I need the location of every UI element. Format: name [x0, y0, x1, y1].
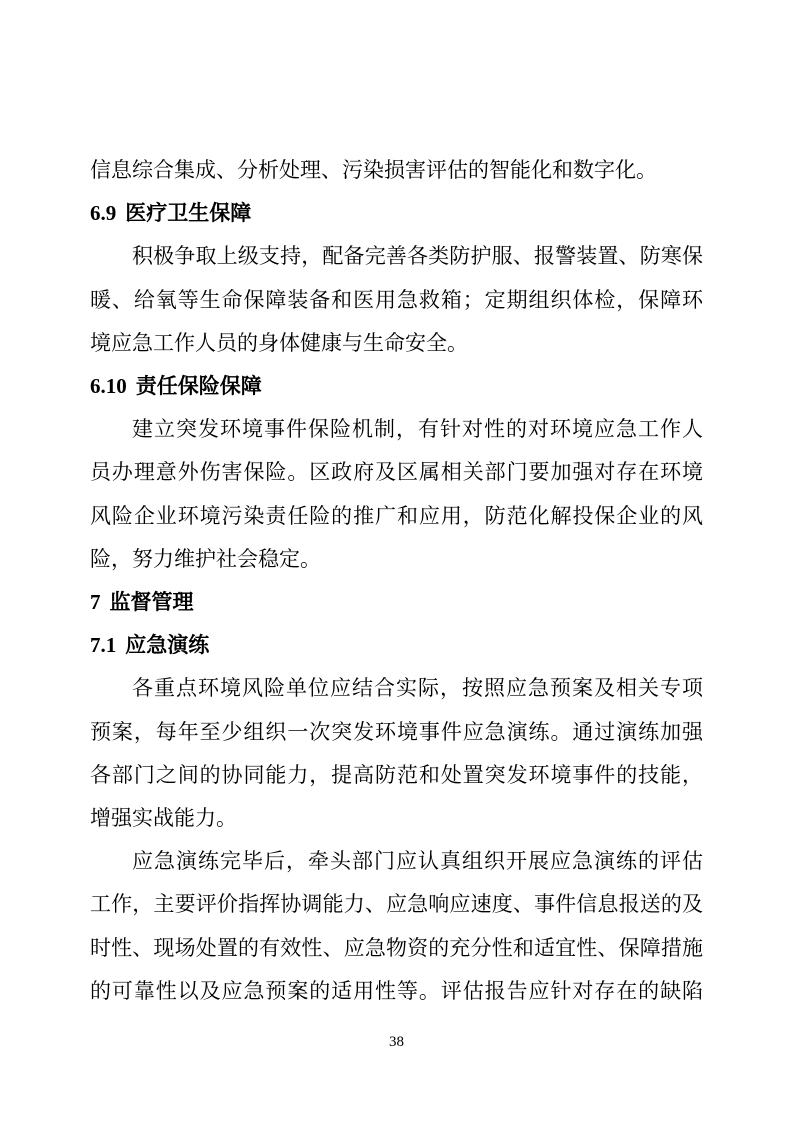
- paragraph-line: 员办理意外伤害保险。区政府及区属相关部门要加强对存在环境: [90, 451, 703, 494]
- paragraph-line: 建立突发环境事件保险机制，有针对性的对环境应急工作人: [90, 408, 703, 451]
- paragraph-line: 增强实战能力。: [90, 797, 703, 840]
- paragraph-line: 境应急工作人员的身体健康与生命安全。: [90, 322, 703, 365]
- paragraph-line: 预案，每年至少组织一次突发环境事件应急演练。通过演练加强: [90, 711, 703, 754]
- document-page: 信息综合集成、分析处理、污染损害评估的智能化和数字化。 6.9医疗卫生保障 积极…: [0, 0, 793, 1122]
- section-number: 7.1: [90, 633, 116, 657]
- document-body: 信息综合集成、分析处理、污染损害评估的智能化和数字化。 6.9医疗卫生保障 积极…: [90, 149, 703, 1013]
- section-heading-6-10: 6.10责任保险保障: [90, 365, 703, 408]
- page-number: 38: [389, 1034, 404, 1050]
- page-footer: 38: [0, 1032, 793, 1052]
- paragraph-line: 暖、给氧等生命保障装备和医用急救箱；定期组织体检，保障环: [90, 279, 703, 322]
- section-title: 应急演练: [125, 634, 209, 657]
- section-number: 6.9: [90, 201, 116, 225]
- paragraph-line: 时性、现场处置的有效性、应急物资的充分性和适宜性、保障措施: [90, 927, 703, 970]
- section-number: 7: [90, 590, 101, 614]
- section-heading-6-9: 6.9医疗卫生保障: [90, 192, 703, 235]
- paragraph-line: 的可靠性以及应急预案的适用性等。评估报告应针对存在的缺陷: [90, 970, 703, 1013]
- section-heading-7-1: 7.1应急演练: [90, 624, 703, 667]
- paragraph-line: 各重点环境风险单位应结合实际，按照应急预案及相关专项: [90, 667, 703, 710]
- paragraph-line: 积极争取上级支持，配备完善各类防护服、报警装置、防寒保: [90, 235, 703, 278]
- section-title: 监督管理: [110, 591, 194, 614]
- paragraph-line: 险，努力维护社会稳定。: [90, 538, 703, 581]
- paragraph-line: 应急演练完毕后，牵头部门应认真组织开展应急演练的评估: [90, 840, 703, 883]
- section-number: 6.10: [90, 374, 127, 398]
- section-title: 责任保险保障: [136, 375, 262, 398]
- section-heading-7: 7监督管理: [90, 581, 703, 624]
- paragraph-line: 工作，主要评价指挥协调能力、应急响应速度、事件信息报送的及: [90, 883, 703, 926]
- paragraph-line: 风险企业环境污染责任险的推广和应用，防范化解投保企业的风: [90, 495, 703, 538]
- section-title: 医疗卫生保障: [125, 202, 251, 225]
- paragraph-line: 各部门之间的协同能力，提高防范和处置突发环境事件的技能，: [90, 754, 703, 797]
- paragraph-line: 信息综合集成、分析处理、污染损害评估的智能化和数字化。: [90, 149, 703, 192]
